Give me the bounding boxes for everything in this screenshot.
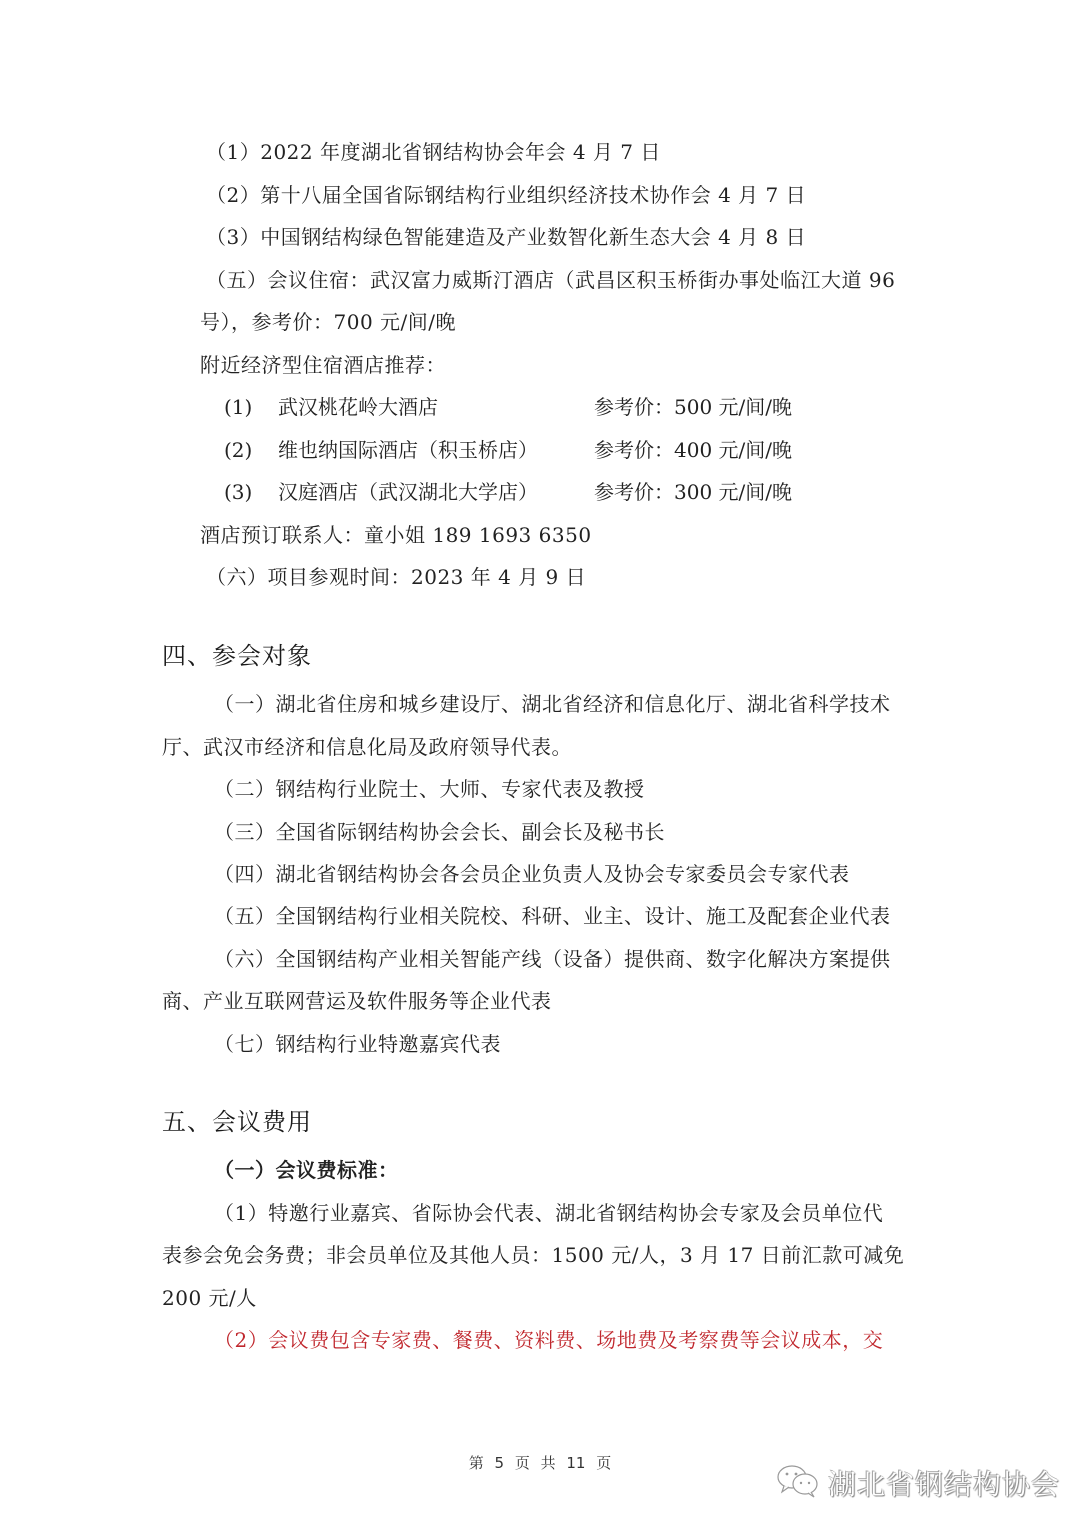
wechat-icon bbox=[776, 1464, 822, 1502]
hotel-name: 武汉桃花岭大酒店 bbox=[278, 393, 438, 421]
schedule-item-2: （2）第十八届全国省际钢结构行业组织经济技术协作会 4 月 7 日 bbox=[206, 181, 806, 209]
fee-line: （1）特邀行业嘉宾、省际协会代表、湖北省钢结构协会专家及会员单位代 bbox=[214, 1199, 883, 1227]
visit-time: （六）项目参观时间：2023 年 4 月 9 日 bbox=[206, 563, 586, 591]
hotel-contact: 酒店预订联系人：童小姐 189 1693 6350 bbox=[200, 521, 592, 549]
hotel-price: 参考价：300 元/间/晚 bbox=[594, 478, 792, 506]
section-4-title: 四、参会对象 bbox=[162, 640, 312, 672]
attendee-item: （二）钢结构行业院士、大师、专家代表及教授 bbox=[214, 775, 645, 803]
accommodation-line-1: （五）会议住宿：武汉富力威斯汀酒店（武昌区积玉桥街办事处临江大道 96 bbox=[206, 266, 895, 294]
nearby-hotels-title: 附近经济型住宿酒店推荐： bbox=[200, 351, 446, 379]
schedule-item-3: （3）中国钢结构绿色智能建造及产业数智化新生态大会 4 月 8 日 bbox=[206, 223, 806, 251]
wechat-watermark: 湖北省钢结构协会 bbox=[776, 1463, 1060, 1503]
fee-line: 表参会免会务费；非会员单位及其他人员：1500 元/人，3 月 17 日前汇款可… bbox=[162, 1241, 904, 1269]
attendee-item: （六）全国钢结构产业相关智能产线（设备）提供商、数字化解决方案提供 bbox=[214, 945, 891, 973]
hotel-number: (1) bbox=[224, 393, 252, 421]
fee-standard-subtitle: （一）会议费标准： bbox=[214, 1156, 399, 1184]
accommodation-line-2: 号），参考价：700 元/间/晚 bbox=[200, 308, 456, 336]
hotel-name: 汉庭酒店（武汉湖北大学店） bbox=[278, 478, 538, 506]
fee-note-red: （2）会议费包含专家费、餐费、资料费、场地费及考察费等会议成本，交 bbox=[214, 1326, 883, 1354]
hotel-number: (2) bbox=[224, 436, 252, 464]
section-5-title: 五、会议费用 bbox=[162, 1106, 312, 1138]
attendee-item: （五）全国钢结构行业相关院校、科研、业主、设计、施工及配套企业代表 bbox=[214, 902, 891, 930]
attendee-item-continued: 商、产业互联网营运及软件服务等企业代表 bbox=[162, 987, 552, 1015]
hotel-price: 参考价：500 元/间/晚 bbox=[594, 393, 792, 421]
schedule-item-1: （1）2022 年度湖北省钢结构协会年会 4 月 7 日 bbox=[206, 138, 661, 166]
hotel-price: 参考价：400 元/间/晚 bbox=[594, 436, 792, 464]
attendee-item: （七）钢结构行业特邀嘉宾代表 bbox=[214, 1030, 501, 1058]
fee-line: 200 元/人 bbox=[162, 1284, 257, 1312]
attendee-item: （一）湖北省住房和城乡建设厅、湖北省经济和信息化厅、湖北省科学技术 bbox=[214, 690, 891, 718]
attendee-item: （四）湖北省钢结构协会各会员企业负责人及协会专家委员会专家代表 bbox=[214, 860, 850, 888]
attendee-item-continued: 厅、武汉市经济和信息化局及政府领导代表。 bbox=[162, 733, 572, 761]
hotel-name: 维也纳国际酒店（积玉桥店） bbox=[278, 436, 538, 464]
attendee-item: （三）全国省际钢结构协会会长、副会长及秘书长 bbox=[214, 818, 665, 846]
watermark-text: 湖北省钢结构协会 bbox=[828, 1463, 1060, 1503]
hotel-number: (3) bbox=[224, 478, 252, 506]
